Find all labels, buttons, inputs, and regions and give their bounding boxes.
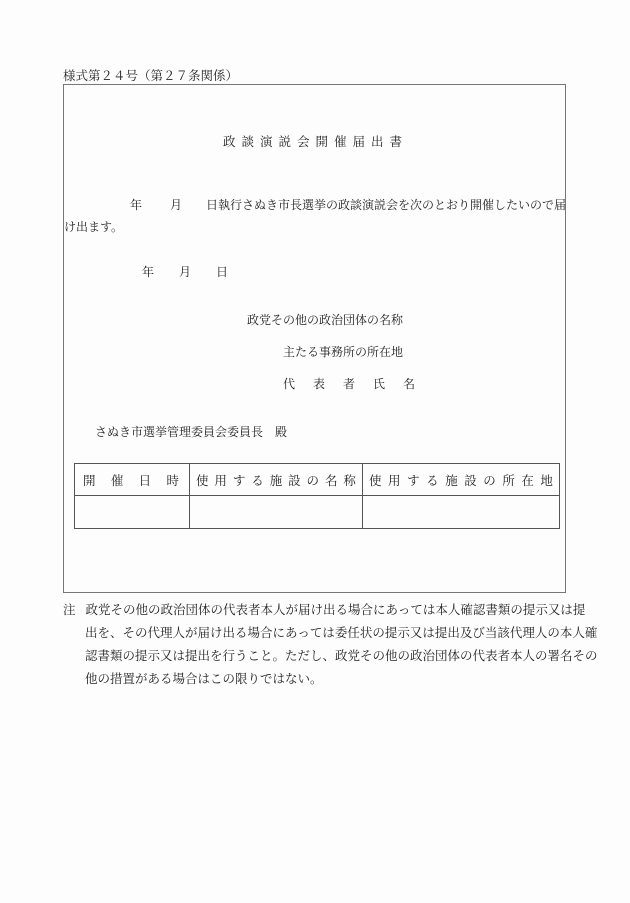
intro-year-label: 年 [130,198,142,212]
header-event-datetime: 開催日時 [75,464,190,496]
note-label: 注 [63,602,76,617]
intro-line-1: 年月日執行さぬき市長選挙の政談演説会を次のとおり開催したいので届 [64,196,567,213]
header-facility-location: 使用する施設の所在地 [363,464,560,496]
date-day-label: 日 [216,265,228,279]
intro-month-label: 月 [170,198,182,212]
addressee: さぬき市選挙管理委員会委員長 殿 [95,423,287,440]
note-section: 注政党その他の政治団体の代表者本人が届け出る場合にあっては本人確認書類の提示又は… [63,598,578,690]
note-line-1: 注政党その他の政治団体の代表者本人が届け出る場合にあっては本人確認書類の提示又は… [63,598,578,621]
cell-facility-location[interactable] [363,496,560,529]
submission-date: 年月日 [142,263,228,280]
form-frame: 政談演説会開催届出書 年月日執行さぬき市長選挙の政談演説会を次のとおり開催したい… [63,84,566,593]
office-address-label: 主たる事務所の所在地 [283,343,403,360]
document-title: 政談演説会開催届出書 [64,132,567,150]
cell-event-datetime[interactable] [75,496,190,529]
table-header-row: 開催日時 使用する施設の名称 使用する施設の所在地 [75,464,560,496]
event-table: 開催日時 使用する施設の名称 使用する施設の所在地 [74,463,560,529]
form-number: 様式第２４号（第２７条関係） [63,66,238,84]
intro-line-2: け出ます。 [64,218,123,235]
note-line-2: 出を、その代理人が届け出る場合にあっては委任状の提示又は提出及び当該代理人の本人… [63,621,578,644]
cell-facility-name[interactable] [190,496,363,529]
org-name-label: 政党その他の政治団体の名称 [247,311,403,328]
header-facility-name: 使用する施設の名称 [190,464,363,496]
table-row [75,496,560,529]
note-line-4: 他の措置がある場合はこの限りではない。 [63,667,578,690]
representative-name-label: 代 表 者 氏 名 [283,375,418,392]
note-line-3: 認書類の提示又は提出を行うこと。ただし、政党その他の政治団体の代表者本人の署名そ… [63,644,578,667]
date-year-label: 年 [142,265,154,279]
date-month-label: 月 [179,265,191,279]
intro-text: 日執行さぬき市長選挙の政談演説会を次のとおり開催したいので届 [206,198,566,212]
